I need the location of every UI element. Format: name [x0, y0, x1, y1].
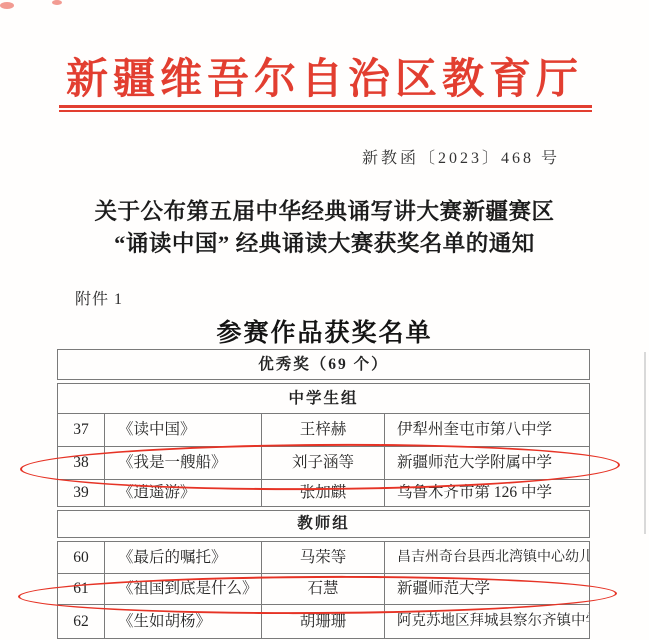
award-list-title: 参赛作品获奖名单 [0, 313, 649, 349]
award-level-header-block: 优秀奖（69 个） [57, 349, 590, 380]
group-header-teachers: 教师组 [58, 511, 589, 537]
notice-title-line1: 关于公布第五届中华经典诵写讲大赛新疆赛区 [0, 196, 649, 228]
scan-artifact-speck [52, 0, 62, 5]
notice-title-line2: “诵读中国” 经典诵读大赛获奖名单的通知 [0, 228, 649, 260]
scan-artifact-speck [0, 2, 14, 9]
table-row: 60 《最后的嘱托》 马荣等 昌吉州奇台县西北湾镇中心幼儿园 [58, 542, 589, 573]
teacher-group-header-block: 教师组 [57, 510, 590, 538]
cell-number: 62 [58, 605, 104, 638]
notice-title: 关于公布第五届中华经典诵写讲大赛新疆赛区 “诵读中国” 经典诵读大赛获奖名单的通… [0, 196, 649, 260]
attachment-label: 附件 1 [75, 286, 123, 309]
group-header-students: 中学生组 [58, 384, 589, 413]
red-divider-thin [59, 110, 592, 112]
red-divider-thick [59, 105, 592, 108]
cell-work-title: 《最后的嘱托》 [104, 542, 261, 573]
document-page: 新疆维吾尔自治区教育厅 新教函〔2023〕468 号 关于公布第五届中华经典诵写… [0, 0, 649, 640]
cell-author: 王梓赫 [261, 414, 384, 446]
table-row: 37 《读中国》 王梓赫 伊犁州奎屯市第八中学 [58, 413, 589, 446]
agency-letterhead: 新疆维吾尔自治区教育厅 [0, 46, 649, 106]
cell-school: 昌吉州奇台县西北湾镇中心幼儿园 [384, 542, 589, 573]
cell-number: 60 [58, 542, 104, 573]
cell-school: 伊犁州奎屯市第八中学 [384, 414, 589, 446]
group-header-row: 中学生组 [58, 384, 589, 413]
cell-number: 37 [58, 414, 104, 446]
award-level-header: 优秀奖（69 个） [58, 350, 589, 379]
scan-artifact-line [644, 352, 646, 534]
cell-work-title: 《读中国》 [104, 414, 261, 446]
cell-author: 马荣等 [261, 542, 384, 573]
document-number: 新教函〔2023〕468 号 [0, 145, 649, 168]
